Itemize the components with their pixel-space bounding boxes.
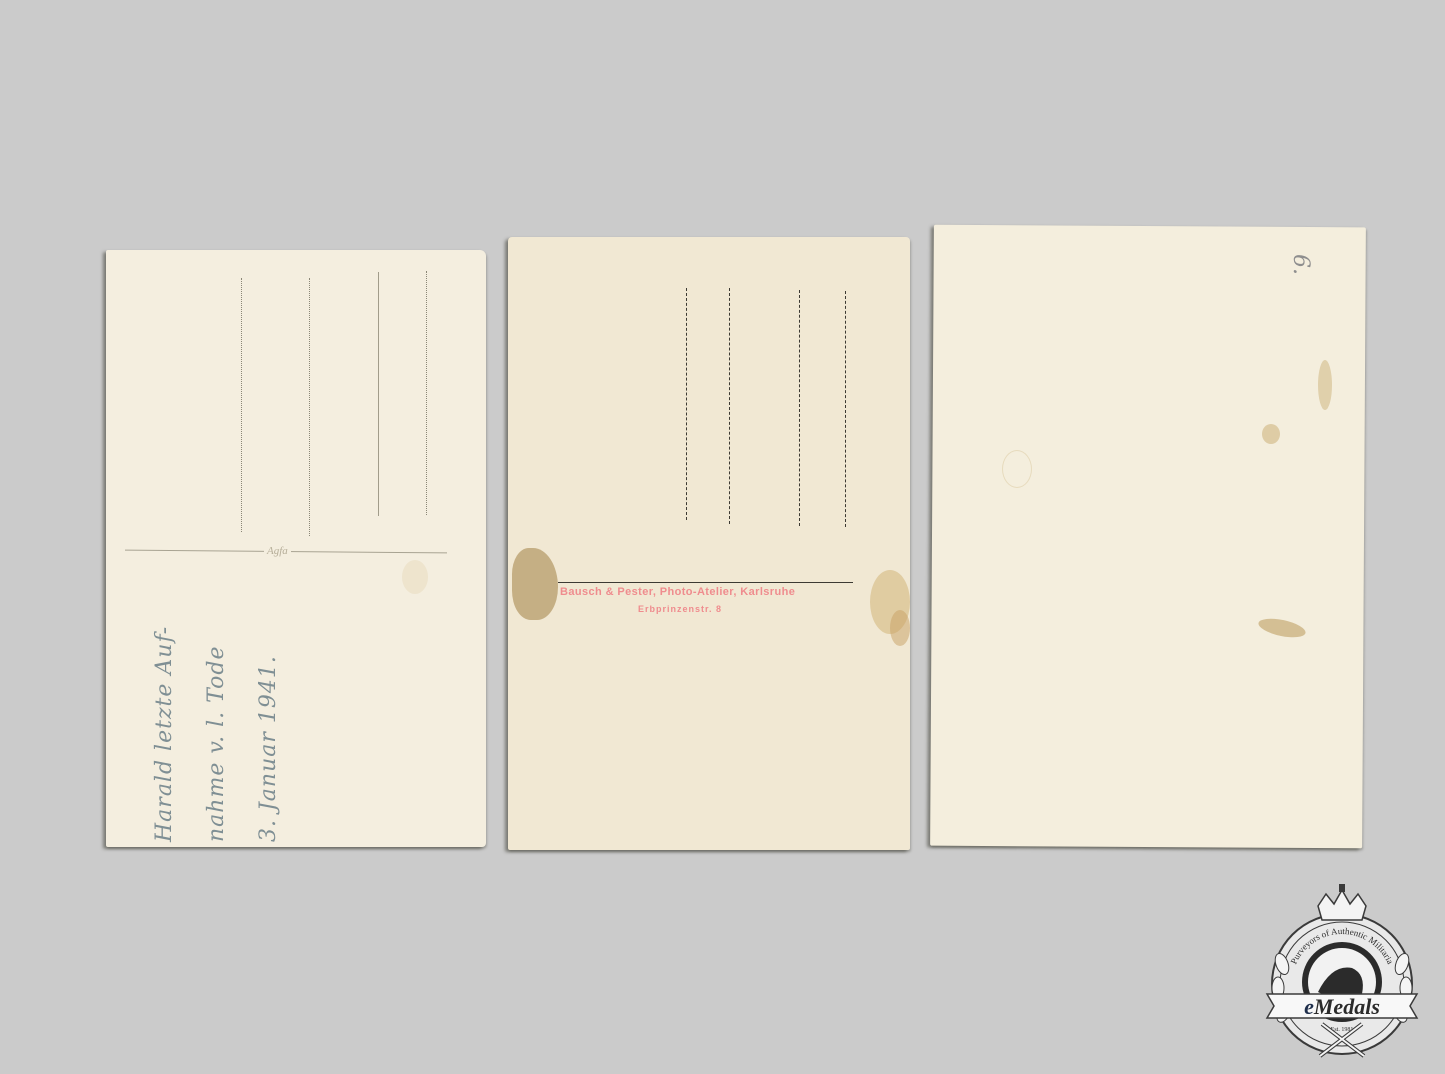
stamp-studio-name: Bausch & Pester, Photo-Atelier, Karlsruh… bbox=[560, 586, 860, 598]
postcard-right bbox=[930, 225, 1366, 849]
stamp-guide-line bbox=[729, 288, 730, 524]
photographer-stamp: Bausch & Pester, Photo-Atelier, Karlsruh… bbox=[560, 586, 860, 614]
card-divider-line bbox=[558, 582, 853, 583]
svg-text:eMedals: eMedals bbox=[1304, 994, 1380, 1019]
handwriting-line-2: nahme v. l. Tode bbox=[204, 646, 229, 842]
logo-medals: Medals bbox=[1313, 994, 1380, 1019]
stamp-guide-line bbox=[799, 290, 800, 526]
handwritten-inscription: Harald letzte Auf- nahme v. l. Tode 3. J… bbox=[146, 580, 316, 840]
logo-e: e bbox=[1304, 994, 1314, 1019]
handwriting-line-1: Harald letzte Auf- bbox=[152, 626, 177, 842]
stamp-guide-line bbox=[309, 278, 310, 536]
stamp-guide-line bbox=[426, 271, 427, 515]
stamp-guide-line bbox=[241, 278, 242, 532]
stamp-address: Erbprinzenstr. 8 bbox=[560, 604, 860, 614]
stamp-guide-line bbox=[378, 272, 379, 516]
emedals-badge-icon: eMedals Est. 1981 Purveyors of Authentic… bbox=[1262, 884, 1422, 1062]
agfa-mark: Agfa bbox=[264, 545, 291, 557]
postcard-middle bbox=[508, 237, 910, 850]
pencil-number: 6. bbox=[1288, 254, 1313, 275]
handwriting-line-3: 3. Januar 1941. bbox=[256, 655, 281, 842]
water-ring bbox=[1002, 450, 1032, 488]
stamp-guide-line bbox=[686, 288, 687, 520]
foxing-stain bbox=[1318, 360, 1332, 410]
foxing-stain bbox=[402, 560, 428, 594]
edge-stain bbox=[890, 610, 910, 646]
emedals-watermark: eMedals Est. 1981 Purveyors of Authentic… bbox=[1262, 884, 1422, 1062]
foxing-stain bbox=[1262, 424, 1280, 444]
stamp-guide-line bbox=[845, 291, 846, 527]
